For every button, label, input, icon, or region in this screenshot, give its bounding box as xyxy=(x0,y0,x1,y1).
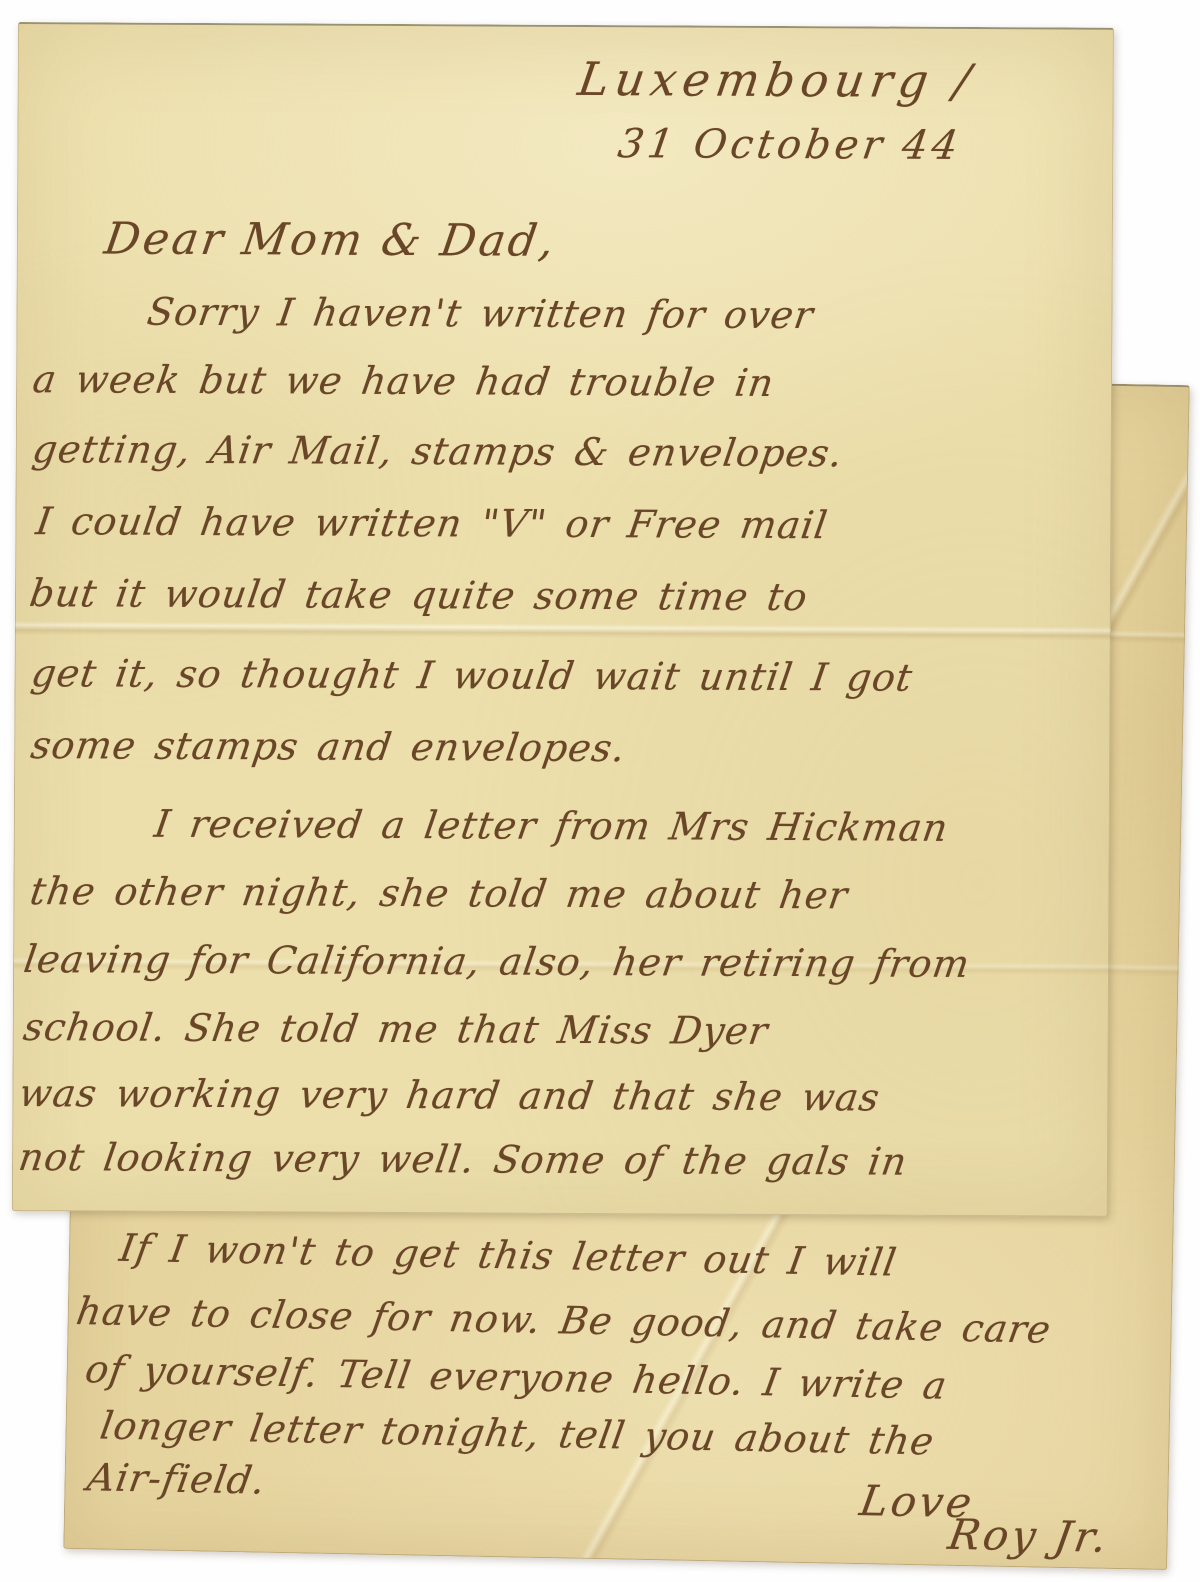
handwriting-line: longer letter tonight, tell you about th… xyxy=(97,1407,937,1463)
handwriting-line: have to close for now. Be good, and take… xyxy=(74,1292,1054,1350)
handwriting-line: I could have written "V" or Free mail xyxy=(33,502,830,546)
handwriting-line: school. She told me that Miss Dyer xyxy=(21,1008,771,1052)
handwriting-line: of yourself. Tell everyone hello. I writ… xyxy=(82,1350,950,1406)
handwriting-line: Air-field. xyxy=(84,1458,268,1501)
handwriting-line: but it would take quite some time to xyxy=(27,574,810,618)
handwriting-line: I received a letter from Mrs Hickman xyxy=(152,805,951,849)
handwriting-line: Sorry I haven't written for over xyxy=(145,293,817,336)
letter-dateline-date: 31 October 44 xyxy=(615,123,964,167)
handwriting-line: a week but we have had trouble in xyxy=(30,360,777,404)
handwriting-line: was working very hard and that she was xyxy=(16,1074,882,1118)
handwriting-line: If I won't to get this letter out I will xyxy=(117,1229,900,1284)
letter-signature: Roy Jr. xyxy=(945,1513,1113,1560)
handwriting-line: getting, Air Mail, stamps & envelopes. xyxy=(30,430,846,474)
handwriting-line: not looking very well. Some of the gals … xyxy=(16,1138,910,1183)
letter-page-1: Luxembourg / 31 October 44 Dear Mom & Da… xyxy=(12,22,1114,1217)
letter-salutation: Dear Mom & Dad, xyxy=(101,216,559,265)
scanned-letter: If I won't to get this letter out I will… xyxy=(0,0,1200,1582)
handwriting-line: leaving for California, also, her retiri… xyxy=(21,940,972,985)
handwriting-line: the other night, she told me about her xyxy=(28,872,851,916)
handwriting-line: some stamps and envelopes. xyxy=(28,726,628,769)
handwriting-line: get it, so thought I would wait until I … xyxy=(29,654,916,698)
letter-dateline-place: Luxembourg / xyxy=(575,55,979,105)
